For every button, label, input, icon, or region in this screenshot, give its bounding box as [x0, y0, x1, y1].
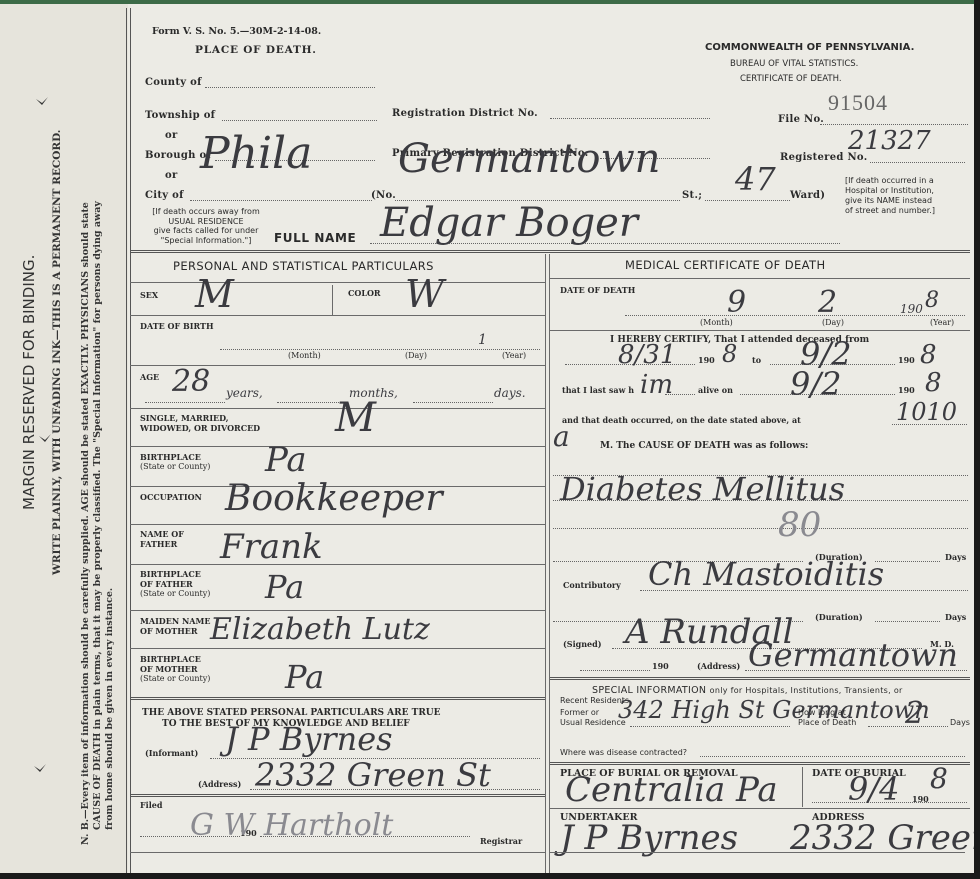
away-note-line: [If death occurs away from	[145, 207, 267, 217]
column-divider	[545, 254, 546, 874]
father-birthplace-label-line: OF FATHER	[140, 579, 210, 589]
dod-day-label: (Day)	[822, 318, 844, 327]
dod-day-value: 2	[818, 285, 837, 320]
frame-left-inner	[130, 8, 131, 874]
marital-value: M	[335, 395, 376, 441]
marital-label: SINGLE, MARRIED, WIDOWED, OR DIVORCED	[140, 413, 260, 433]
nb-line-3: from home should be given in every insta…	[104, 588, 115, 830]
mother-maiden-label-line: OF MOTHER	[140, 626, 210, 636]
township-field[interactable]	[222, 120, 377, 121]
ward-field[interactable]	[705, 200, 790, 201]
color-label: COLOR	[348, 288, 381, 298]
row-divider	[550, 852, 965, 853]
row-divider	[550, 808, 970, 809]
how-long-label-line: Place of Death	[798, 718, 856, 728]
section-divider	[550, 762, 970, 765]
dod-year-value: 8	[925, 288, 939, 313]
frame-left-outer	[126, 8, 127, 874]
full-name-label: FULL NAME	[274, 231, 356, 245]
birthplace-sub-label: (State or County)	[140, 462, 210, 472]
birthplace-label-line: BIRTHPLACE	[140, 452, 210, 462]
row-divider	[550, 330, 970, 331]
ward-value: 47	[735, 160, 776, 198]
row-divider	[130, 564, 545, 565]
marital-label-line: WIDOWED, OR DIVORCED	[140, 423, 260, 433]
column-divider	[549, 254, 550, 874]
duration-days-label: Days	[945, 552, 966, 562]
street-value: Germantown	[398, 136, 660, 182]
registrar-label: Registrar	[480, 836, 522, 846]
father-birthplace-label-line: BIRTHPLACE	[140, 569, 210, 579]
township-label: Township of	[145, 110, 215, 121]
last-saw-label: that I last saw h	[562, 385, 634, 395]
mother-maiden-label: MAIDEN NAME OF MOTHER	[140, 616, 210, 636]
birthplace-label: BIRTHPLACE (State or County)	[140, 452, 210, 472]
physician-address-value: Germantown	[748, 636, 958, 674]
section-divider	[130, 250, 970, 253]
burial-divider	[802, 767, 803, 807]
alive-year-prefix: 190	[898, 385, 915, 395]
dod-month-value: 9	[727, 285, 746, 320]
informant-address-value: 2332 Green St	[255, 756, 491, 794]
hospital-note: [If death occurred in a Hospital or Inst…	[845, 176, 935, 216]
mother-maiden-label-line: MAIDEN NAME	[140, 616, 210, 626]
duration2-days-field[interactable]	[875, 621, 940, 622]
burial-place-value: Centralia Pa	[565, 770, 778, 810]
special-info-subheading: only for Hospitals, Institutions, Transi…	[710, 686, 903, 695]
father-birthplace-label: BIRTHPLACE OF FATHER (State or County)	[140, 569, 210, 599]
contracted-field[interactable]	[700, 756, 965, 757]
occupation-label: OCCUPATION	[140, 492, 202, 502]
contracted-label: Where was disease contracted?	[560, 748, 687, 757]
registration-district-field[interactable]	[550, 118, 710, 119]
or-label: or	[165, 170, 178, 181]
filed-label: Filed	[140, 800, 162, 810]
dob-field[interactable]	[220, 349, 540, 350]
city-value: Phila	[200, 128, 312, 179]
place-of-death-title: PLACE OF DEATH.	[195, 44, 317, 56]
hospital-note-line: [If death occurred in a	[845, 176, 935, 186]
alive-year-value: 8	[925, 368, 942, 398]
death-time-value: 1010	[896, 398, 957, 426]
binding-note: MARGIN RESERVED FOR BINDING.	[20, 255, 38, 510]
informant-label: (Informant)	[145, 748, 198, 758]
file-number-stamp: 91504	[828, 90, 888, 116]
section-divider	[130, 794, 545, 797]
physician-address-label: (Address)	[697, 661, 740, 671]
father-name-label-line: FATHER	[140, 539, 184, 549]
row-divider	[130, 524, 545, 525]
commonwealth-title: COMMONWEALTH OF PENNSYLVANIA.	[705, 42, 914, 53]
city-label: City of	[145, 190, 184, 201]
right-border	[974, 0, 980, 879]
hospital-note-line: give its NAME instead	[845, 196, 935, 206]
sex-label: SEX	[140, 290, 158, 300]
father-name-value: Frank	[220, 527, 323, 567]
last-saw-field[interactable]	[665, 394, 695, 395]
signed-label: (Signed)	[563, 639, 601, 649]
dob-day-label: (Day)	[405, 351, 427, 360]
medical-section-title: MEDICAL CERTIFICATE OF DEATH	[625, 258, 826, 272]
dob-year-value: 1	[478, 332, 487, 348]
pin-hole-icon	[35, 95, 49, 109]
pin-hole-icon	[33, 762, 47, 776]
age-years-value: 28	[172, 364, 210, 399]
dob-year-label: (Year)	[502, 351, 526, 360]
father-birthplace-value: Pa	[265, 568, 304, 606]
ink-note: WRITE PLAINLY, WITH UNFADING INK—THIS IS…	[51, 130, 63, 575]
away-note-line: give facts called for under	[145, 226, 267, 236]
burial-date-field[interactable]	[812, 802, 967, 803]
row-divider	[130, 282, 545, 283]
dod-month-label: (Month)	[700, 318, 733, 327]
former-residence-label: Former or Usual Residence	[560, 708, 626, 728]
how-long-unit: Days	[950, 718, 970, 727]
duration-days-field[interactable]	[875, 561, 940, 562]
dod-year-label: (Year)	[930, 318, 954, 327]
days-label: days.	[494, 386, 526, 400]
years-label: years,	[226, 386, 263, 400]
burial-year-prefix: 190	[912, 794, 929, 804]
alive-on-value: 9/2	[790, 365, 842, 403]
how-long-label-line: How long at	[798, 708, 856, 718]
cause-label: M. The CAUSE OF DEATH was as follows:	[600, 441, 808, 451]
mother-birthplace-sub: (State or County)	[140, 674, 210, 684]
dob-label: DATE OF BIRTH	[140, 321, 214, 331]
informant-address-label: (Address)	[198, 779, 241, 789]
mother-birthplace-label-line: BIRTHPLACE	[140, 654, 210, 664]
to-year-prefix: 190	[898, 355, 915, 365]
special-info-title: SPECIAL INFORMATION only for Hospitals, …	[592, 685, 903, 696]
former-residence-value: 342 High St Germantown	[618, 696, 930, 724]
registration-district-label: Registration District No.	[392, 108, 538, 119]
cause-field-2[interactable]	[553, 500, 968, 501]
informant-value: J P Byrnes	[225, 720, 393, 758]
occupation-value: Bookkeeper	[225, 478, 443, 519]
death-occurred-label: and that death occurred, on the date sta…	[562, 415, 801, 425]
special-info-heading: SPECIAL INFORMATION	[592, 685, 706, 696]
hospital-note-line: of street and number.]	[845, 206, 935, 216]
or-label: or	[165, 130, 178, 141]
informant-statement-1: THE ABOVE STATED PERSONAL PARTICULARS AR…	[142, 708, 441, 718]
street-label: St.;	[682, 190, 702, 201]
row-divider	[130, 648, 545, 649]
pin-hole-icon	[38, 432, 52, 446]
contributory-value: Ch Mastoiditis	[648, 555, 884, 593]
how-long-value: 2	[905, 696, 924, 731]
row-divider	[130, 315, 545, 316]
mother-birthplace-label: BIRTHPLACE OF MOTHER (State or County)	[140, 654, 210, 684]
row-divider	[550, 278, 970, 279]
registered-no-field[interactable]	[870, 162, 965, 163]
former-residence-label-line: Usual Residence	[560, 718, 626, 728]
full-name-value: Edgar Boger	[380, 200, 638, 246]
row-divider	[130, 610, 545, 611]
contributory-label: Contributory	[563, 580, 621, 590]
dob-month-label: (Month)	[288, 351, 321, 360]
section-divider	[130, 697, 545, 700]
last-saw-value: im	[640, 370, 673, 400]
hospital-note-line: Hospital or Institution,	[845, 186, 935, 196]
bottom-border	[0, 873, 980, 879]
marital-label-line: SINGLE, MARRIED,	[140, 413, 260, 423]
how-long-label: How long at Place of Death	[798, 708, 856, 728]
sex-value: M	[195, 272, 234, 316]
former-residence-label-line: Former or	[560, 708, 626, 718]
personal-section-title: PERSONAL AND STATISTICAL PARTICULARS	[173, 259, 434, 273]
bureau-title: BUREAU OF VITAL STATISTICS.	[730, 59, 858, 69]
mother-birthplace-label-line: OF MOTHER	[140, 664, 210, 674]
registered-no-value: 21327	[848, 126, 931, 156]
registrar-signature: G W Hartholt	[190, 808, 393, 843]
father-name-label-line: NAME OF	[140, 529, 184, 539]
duration-value: 80	[778, 505, 821, 545]
ward-label: Ward)	[790, 190, 825, 201]
from-year-prefix: 190	[698, 355, 715, 365]
city-field[interactable]	[190, 200, 372, 201]
mother-birthplace-value: Pa	[285, 658, 324, 696]
dod-label: DATE OF DEATH	[560, 285, 635, 295]
father-name-label: NAME OF FATHER	[140, 529, 184, 549]
file-no-line	[820, 124, 968, 125]
duration2-days-label: Days	[945, 612, 966, 622]
birthplace-value: Pa	[265, 440, 307, 480]
age-days-field[interactable]	[413, 402, 493, 403]
file-no-label: File No.	[778, 114, 824, 125]
attended-from-value: 8/31	[618, 340, 676, 370]
former-residence-field[interactable]	[630, 726, 790, 727]
from-year-value: 8	[722, 340, 737, 368]
father-birthplace-sub: (State or County)	[140, 589, 210, 599]
row-divider	[130, 852, 545, 853]
age-label: AGE	[140, 372, 159, 382]
county-label: County of	[145, 77, 202, 88]
dod-year-prefix: 190	[900, 302, 923, 316]
away-note: [If death occurs away from USUAL RESIDEN…	[145, 207, 267, 245]
cause-value: Diabetes Mellitus	[560, 470, 845, 508]
to-label: to	[752, 355, 761, 365]
section-divider	[550, 677, 970, 680]
duration2-label: (Duration)	[815, 612, 863, 622]
cause-field-3[interactable]	[553, 528, 968, 529]
signed-year-prefix: 190	[652, 661, 669, 671]
nb-line-1: N. B.—Every item of information should b…	[80, 202, 91, 845]
alive-on-label: alive on	[698, 385, 733, 395]
to-year-value: 8	[920, 340, 937, 370]
away-note-line: USUAL RESIDENCE	[145, 217, 267, 227]
county-field[interactable]	[205, 87, 375, 88]
row-divider	[130, 446, 545, 447]
sex-color-divider	[332, 285, 333, 315]
color-value: W	[405, 272, 444, 316]
nb-line-2: CAUSE OF DEATH in plain terms, that it m…	[92, 201, 103, 830]
away-note-line: "Special Information."]	[145, 236, 267, 246]
form-number: Form V. S. No. 5.—30M-2-14-08.	[152, 26, 321, 37]
age-years-field[interactable]	[145, 402, 225, 403]
meridiem-value: a	[553, 420, 570, 453]
burial-year-value: 8	[930, 762, 948, 795]
certificate-title: CERTIFICATE OF DEATH.	[740, 74, 842, 84]
mother-maiden-value: Elizabeth Lutz	[210, 612, 430, 647]
signed-date-field[interactable]	[580, 670, 650, 671]
